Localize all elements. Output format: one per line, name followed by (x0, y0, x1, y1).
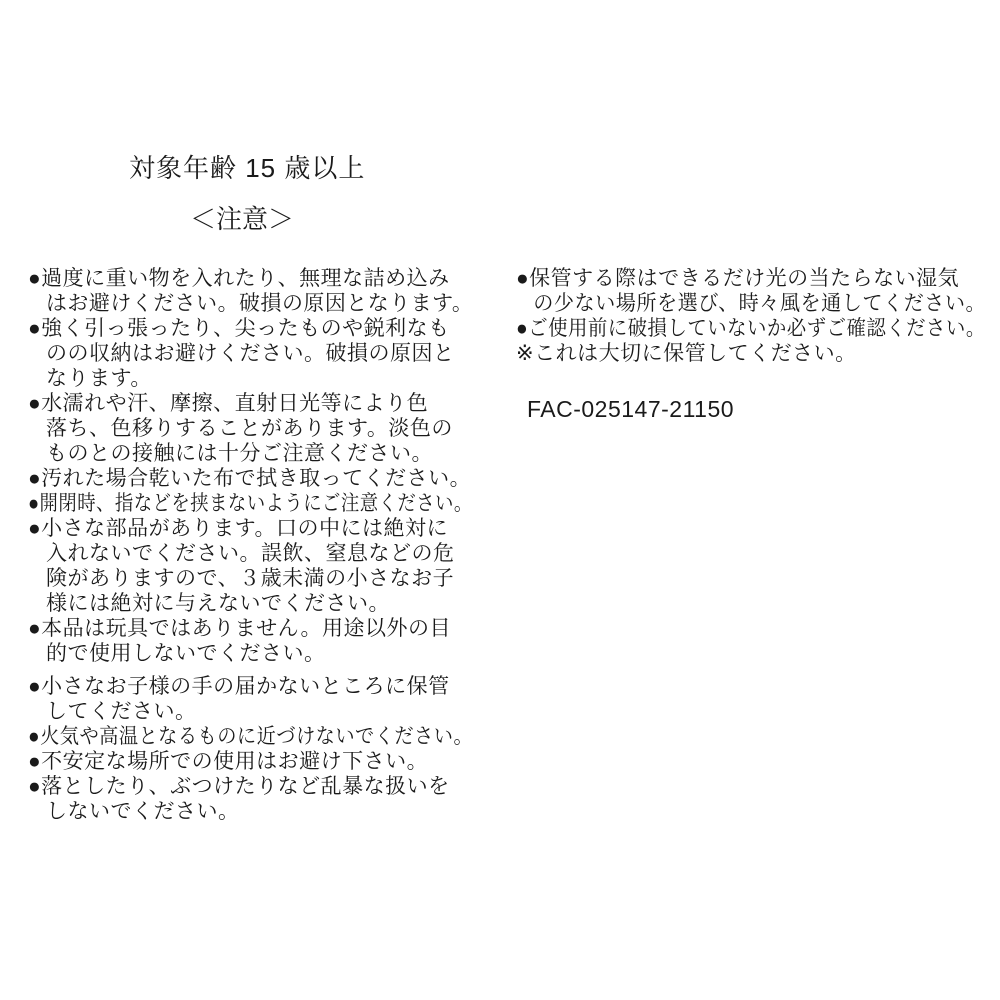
caution-line: ものとの接触には十分ご注意ください。 (28, 441, 473, 466)
caution-line: の少ない場所を選び、時々風を通してください。 (516, 291, 967, 316)
caution-item: ●ご使用前に破損していないか必ずご確認ください。 (516, 316, 986, 341)
caution-line: 的で使用しないでください。 (28, 641, 473, 666)
caution-heading: ＜注意＞ (190, 203, 294, 235)
caution-line: なります。 (28, 366, 473, 391)
age-notice: 対象年齢 15 歳以上 (129, 153, 365, 183)
caution-line: 入れないでください。誤飲、窒息などの危 (28, 541, 473, 566)
caution-line: ●保管する際はできるだけ光の当たらない湿気 (516, 266, 986, 291)
caution-line: はお避けください。破損の原因となります。 (28, 291, 472, 316)
caution-line: ●ご使用前に破損していないか必ずご確認ください。 (516, 316, 951, 341)
caution-line: しないでください。 (28, 799, 473, 824)
caution-line: 様には絶対に与えないでください。 (28, 591, 473, 616)
caution-item: ●開閉時、指などを挟まないようにご注意ください。 (28, 491, 473, 516)
caution-line: ※これは大切に保管してください。 (516, 341, 986, 366)
caution-line: ●水濡れや汗、摩擦、直射日光等により色 (28, 391, 473, 416)
caution-item: ●小さな部品があります。口の中には絶対に入れないでください。誤飲、窒息などの危険… (28, 516, 473, 616)
caution-item: ●保管する際はできるだけ光の当たらない湿気の少ない場所を選び、時々風を通してくだ… (516, 266, 986, 316)
caution-item: ※これは大切に保管してください。 (516, 341, 986, 366)
caution-line: 落ち、色移りすることがあります。淡色の (28, 416, 473, 441)
caution-item: ●本品は玩具ではありません。用途以外の目的で使用しないでください。 (28, 616, 473, 666)
caution-item: ●強く引っ張ったり、尖ったものや鋭利なものの収納はお避けください。破損の原因とな… (28, 316, 473, 391)
caution-line: 険がありますので、３歳未満の小さなお子 (28, 566, 473, 591)
caution-line: ●小さな部品があります。口の中には絶対に (28, 516, 473, 541)
caution-line: してください。 (28, 699, 473, 724)
product-code: FAC-025147-21150 (527, 396, 986, 423)
caution-line: ●過度に重い物を入れたり、無理な詰め込み (28, 266, 473, 291)
caution-list-left: ●過度に重い物を入れたり、無理な詰め込みはお避けください。破損の原因となります。… (28, 266, 473, 824)
caution-list-right: ●保管する際はできるだけ光の当たらない湿気の少ない場所を選び、時々風を通してくだ… (516, 266, 986, 423)
caution-line: ●落としたり、ぶつけたりなど乱暴な扱いを (28, 774, 473, 799)
caution-line: ●小さなお子様の手の届かないところに保管 (28, 674, 473, 699)
caution-line: ●強く引っ張ったり、尖ったものや鋭利なも (28, 316, 473, 341)
caution-line: のの収納はお避けください。破損の原因と (28, 341, 473, 366)
caution-line: ●開閉時、指などを挟まないようにご注意ください。 (28, 491, 418, 516)
caution-line: ●汚れた場合乾いた布で拭き取ってください。 (28, 466, 473, 491)
caution-sheet-page: 対象年齢 15 歳以上 ＜注意＞ ●過度に重い物を入れたり、無理な詰め込みはお避… (0, 0, 1000, 1000)
caution-line: ●不安定な場所での使用はお避け下さい。 (28, 749, 473, 774)
caution-item: ●過度に重い物を入れたり、無理な詰め込みはお避けください。破損の原因となります。 (28, 266, 473, 316)
caution-item: ●火気や高温となるものに近づけないでください。 (28, 724, 473, 749)
caution-item: ●不安定な場所での使用はお避け下さい。 (28, 749, 473, 774)
caution-line: ●火気や高温となるものに近づけないでください。 (28, 724, 435, 749)
caution-item: ●汚れた場合乾いた布で拭き取ってください。 (28, 466, 473, 491)
caution-item: ●水濡れや汗、摩擦、直射日光等により色落ち、色移りすることがあります。淡色のもの… (28, 391, 473, 466)
caution-item: ●落としたり、ぶつけたりなど乱暴な扱いをしないでください。 (28, 774, 473, 824)
caution-item: ●小さなお子様の手の届かないところに保管してください。 (28, 674, 473, 724)
caution-line: ●本品は玩具ではありません。用途以外の目 (28, 616, 473, 641)
